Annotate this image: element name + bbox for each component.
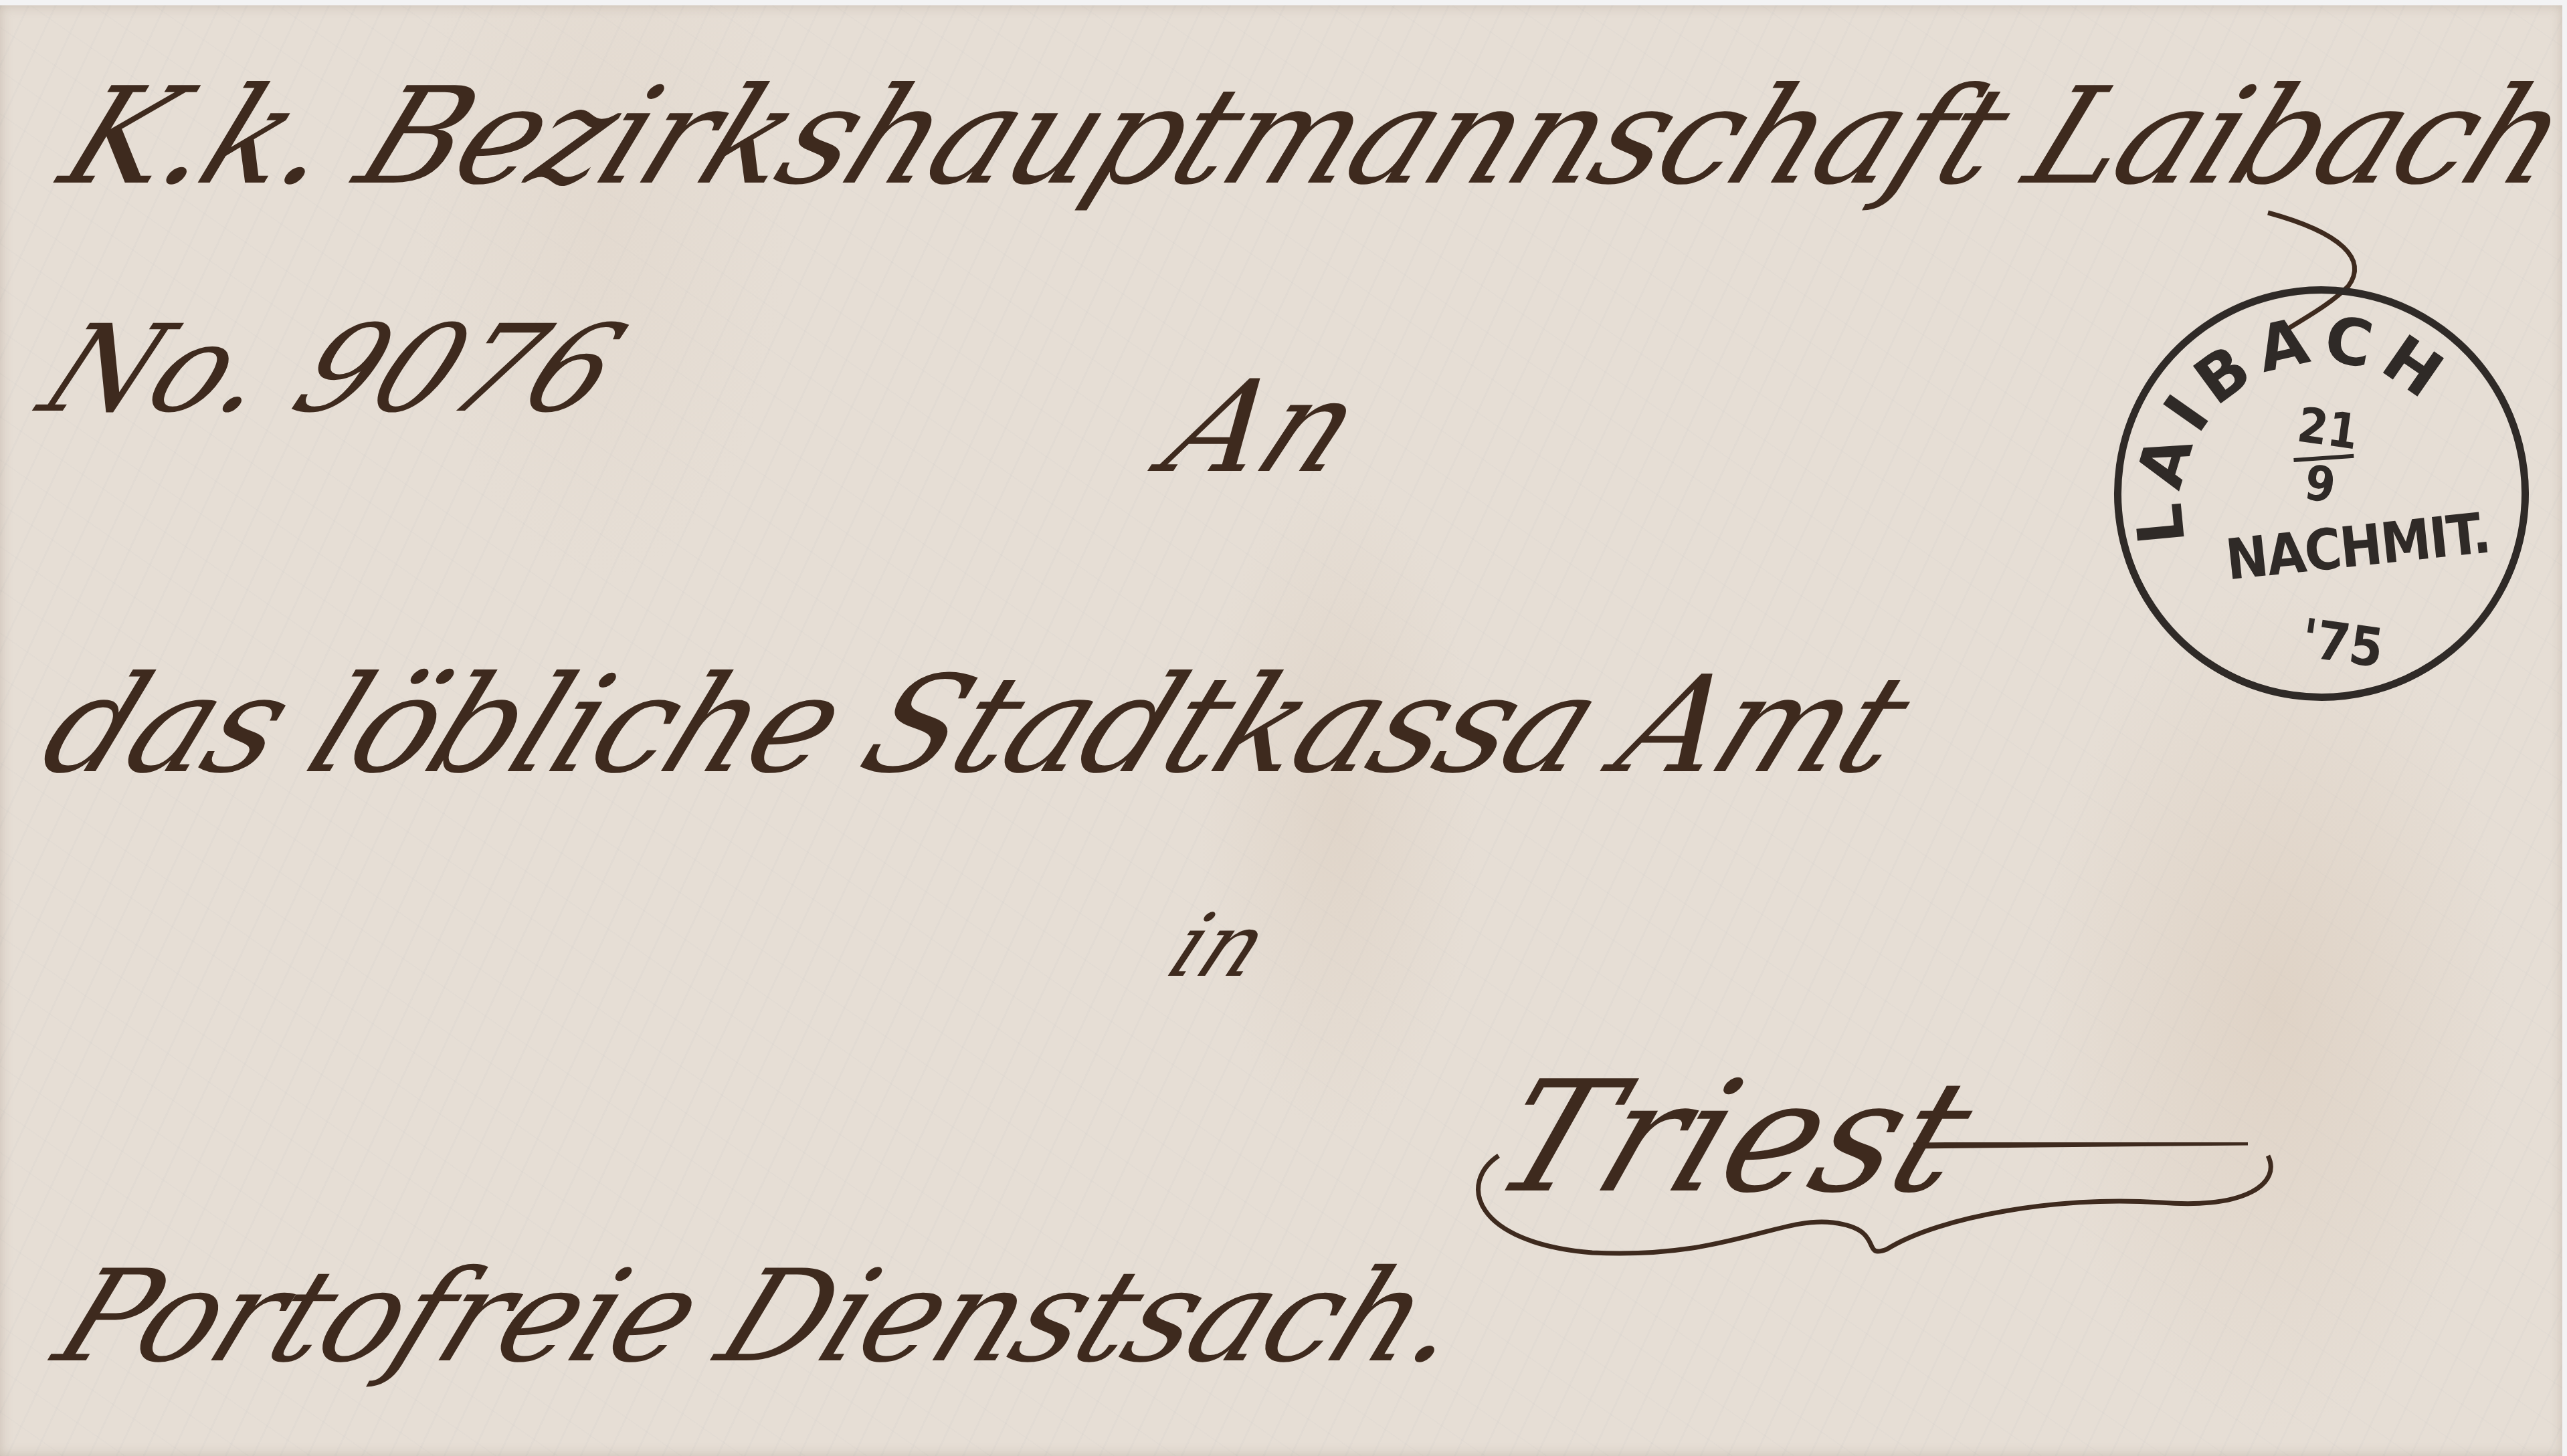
postmark-day: 21 bbox=[2294, 397, 2362, 461]
postmark-year: '75 bbox=[2297, 607, 2387, 680]
postmark-date: 21 9 bbox=[2271, 398, 2378, 514]
laibach-postmark: LAIBACH 21 9 NACHMIT. '75 bbox=[2087, 259, 2556, 728]
sender-line: K.k. Bezirkshauptmannschaft Laibach bbox=[42, 59, 2567, 215]
postage-note: Portofreie Dienstsach. bbox=[37, 1243, 1487, 1390]
postmark-month: 9 bbox=[2301, 454, 2339, 514]
recipient-line: das löbliche Stadtkassa Amt bbox=[22, 647, 1929, 803]
addressed-to-prefix: An bbox=[1143, 353, 1386, 501]
flourish-underline-icon bbox=[1458, 1142, 2288, 1263]
envelope-paper: K.k. Bezirkshauptmannschaft Laibach No. … bbox=[0, 5, 2562, 1456]
destination-prefix: in bbox=[1154, 895, 1285, 997]
reference-number: No. 9076 bbox=[21, 300, 645, 439]
